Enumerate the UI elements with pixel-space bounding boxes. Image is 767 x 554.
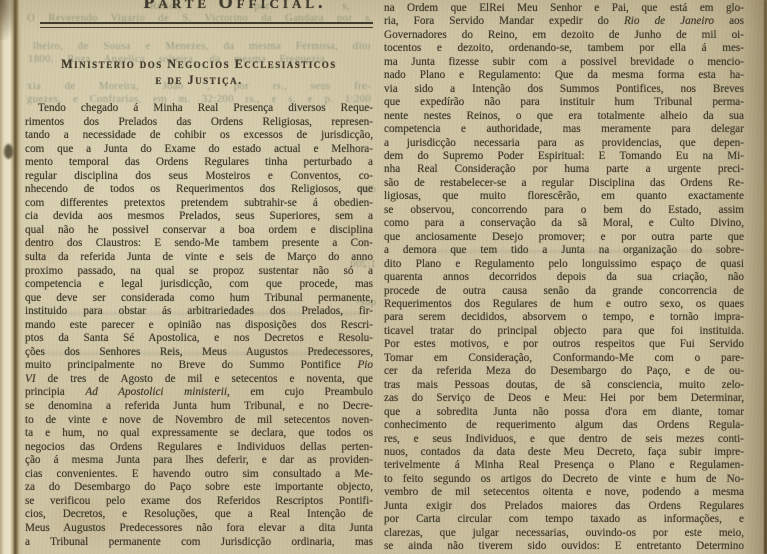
right-column: na Ordem que ElRei Meu Senhor e Pai, que… — [384, 2, 744, 554]
text-line: terivelmente á Minha Real Presença o Pla… — [384, 459, 744, 472]
text-line: Tomar em Consideração, Conformando-Me co… — [384, 352, 744, 365]
text-line: principia Ad Apostolici ministerii, em c… — [25, 386, 373, 400]
text-line: a Tribunal permanente com Jurisdicção or… — [25, 536, 373, 550]
text-line: conhecimento de requerimento algum das O… — [384, 419, 744, 432]
text-line: por Carta circular com tempo taxado as i… — [384, 513, 744, 526]
text-line: Requerimentos dos Regulares de hum e out… — [384, 298, 744, 311]
text-line: com differentes pretextos pretendem subt… — [25, 197, 373, 211]
text-line: nado Plano e Regulamento: Que da mesma f… — [384, 69, 744, 82]
text-line: que anciosamente Desejo promover; e por … — [384, 231, 744, 244]
ink-spot — [4, 144, 13, 159]
text-line: Por estes motivos, e por outros respeito… — [384, 338, 744, 351]
text-line: a jurisdicção necessaria para as provide… — [384, 137, 744, 150]
text-line: to feito segundo os artigos do Decreto d… — [384, 473, 744, 486]
section-heading-line2: e de Justiça. — [25, 73, 373, 88]
page-edge-left — [0, 0, 22, 554]
text-line: regular disciplina dos seus Mosteiros e … — [25, 170, 373, 184]
text-line: dem do Supremo Poder Espiritual: E Toman… — [384, 150, 744, 163]
text-line: tras mais Pessoas doutas, de sã conscien… — [384, 379, 744, 392]
page-title: Parte Official. — [55, 0, 415, 13]
text-line: instituido para obstar ás arbitrariedade… — [25, 305, 373, 319]
text-line: tando a necessidade de cohibir os excess… — [25, 129, 373, 143]
page: Reitor, por s, O Reverendo Vigario de S.… — [0, 0, 767, 554]
text-line: dito Plano e Regulamento pelo longuissim… — [384, 258, 744, 271]
text-line: Governadores do Reino, em dezoito de Jun… — [384, 29, 744, 42]
text-line: zas do Serviço de Deos e Meu: Hei por be… — [384, 392, 744, 405]
text-line: se ainda não tiverem sido ouvidos: E ent… — [384, 540, 744, 553]
text-line: ligiosas, que muito florescêrão, em quan… — [384, 190, 744, 203]
text-line: a demora que tem tido a Junta na organiz… — [384, 244, 744, 257]
text-line: competencia e legal jurisdicção, com que… — [25, 278, 373, 292]
text-line: para serem decididos, absorvem o tempo, … — [384, 311, 744, 324]
text-line: na Ordem que ElRei Meu Senhor e Pai, que… — [384, 2, 744, 15]
text-line: Tendo chegado á Minha Real Presença dive… — [25, 102, 373, 116]
text-line: que deve ser considerada como hum Tribun… — [25, 292, 373, 306]
text-line: nhecendo de todos os Requerimentos dos R… — [25, 183, 373, 197]
text-line: mento temporal das Ordens Regulares tinh… — [25, 156, 373, 170]
text-line: muito principalmente no Breve do Summo P… — [25, 359, 373, 373]
text-line: dentro dos Claustros: E sendo-Me tambem … — [25, 237, 373, 251]
ghost-text-line: lheiro, de Sousa e Menezes, da mesma Fer… — [33, 40, 371, 53]
text-line: proximo passado, na qual se propoz suste… — [25, 265, 373, 279]
text-line: Meus Augustos Predecessores não fora ele… — [25, 522, 373, 536]
text-line: qual não he possivel conservar a boa ord… — [25, 224, 373, 238]
text-line: tocentos e dezoito, ordenando-se, tambem… — [384, 42, 744, 55]
header-double-rule — [40, 22, 373, 28]
text-line: cios, Decretos, e Resoluções, que a Real… — [25, 508, 373, 522]
text-line: nha Real Consideração por huma parte a u… — [384, 163, 744, 176]
text-line: res, e seus Individuos, e que dentro de … — [384, 433, 744, 446]
text-line: que a sobredita Junta não possa d'ora em… — [384, 406, 744, 419]
text-line: nuos, contados da data deste Meu Decreto… — [384, 446, 744, 459]
text-line: Junta exigir dos Prelados maiores das Or… — [384, 500, 744, 513]
text-line: ria, Fora Servido Mandar expedir do Rio … — [384, 15, 744, 28]
text-line: quarenta annos decorridos depois da sua … — [384, 271, 744, 284]
corner-shadow — [0, 0, 18, 40]
text-line: mando este parecer e opinião nas disposi… — [25, 319, 373, 333]
text-line: ta e hum, no qual expressamente se decla… — [25, 427, 373, 441]
text-line: cia devida aos mesmos Prelados, seus Sup… — [25, 210, 373, 224]
left-column: Tendo chegado á Minha Real Presença dive… — [25, 102, 373, 549]
text-line: negocios das Ordens Regulares e Individu… — [25, 441, 373, 455]
text-line: ções dos Senhores Reis, Meus Augustos Pr… — [25, 346, 373, 360]
text-line: procede de outra causa senão da grande c… — [384, 285, 744, 298]
text-line: se observou, concorrendo para o bem do E… — [384, 204, 744, 217]
text-line: ma Junta fizesse subir com a possivel br… — [384, 56, 744, 69]
text-line: que expedírão não para instituir hum Tri… — [384, 96, 744, 109]
text-line: cer da referida Meza do Desembargo do Pa… — [384, 365, 744, 378]
text-line: sulta da referida Junta de vinte e seis … — [25, 251, 373, 265]
text-line: vembro de mil setecentos oitenta e nove,… — [384, 486, 744, 499]
text-line: via sido a Intenção dos Summos Pontifice… — [384, 83, 744, 96]
text-line: se denomina a referida Junta hum Tribuna… — [25, 400, 373, 414]
text-line: ção á mesma Junta para lhes deferir, e d… — [25, 454, 373, 468]
text-line: ticavel tratar do principal objecto para… — [384, 325, 744, 338]
text-line: competencia e authoridade, mas meramente… — [384, 123, 744, 136]
text-line: cias convenientes. E havendo outro sim c… — [25, 468, 373, 482]
text-line: VI de tres de Agosto de mil e setecentos… — [25, 373, 373, 387]
text-line: rimentos dos Prelados das Ordens Religio… — [25, 116, 373, 130]
text-line: são de restabelecer-se a regular Discipl… — [384, 177, 744, 190]
text-line: ptos da Santa Sé Apostolica, e nos Decre… — [25, 332, 373, 346]
text-line: se verificou pelo exame dos Referidos Re… — [25, 495, 373, 509]
text-line: za do Desembargo do Paço sobre este impo… — [25, 481, 373, 495]
section-heading-line1: Ministerio dos Negocios Ecclesiasticos — [25, 57, 373, 72]
text-line: nente nestes Reinos, o que era totalment… — [384, 110, 744, 123]
text-line: clarezas, que julgar necessarias, ouvind… — [384, 527, 744, 540]
text-line: com que a Junta do Exame do estado actua… — [25, 143, 373, 157]
text-line: to de vinte e nove de Novembro de mil se… — [25, 414, 373, 428]
text-line: como para a conservação da sã Moral, e C… — [384, 217, 744, 230]
